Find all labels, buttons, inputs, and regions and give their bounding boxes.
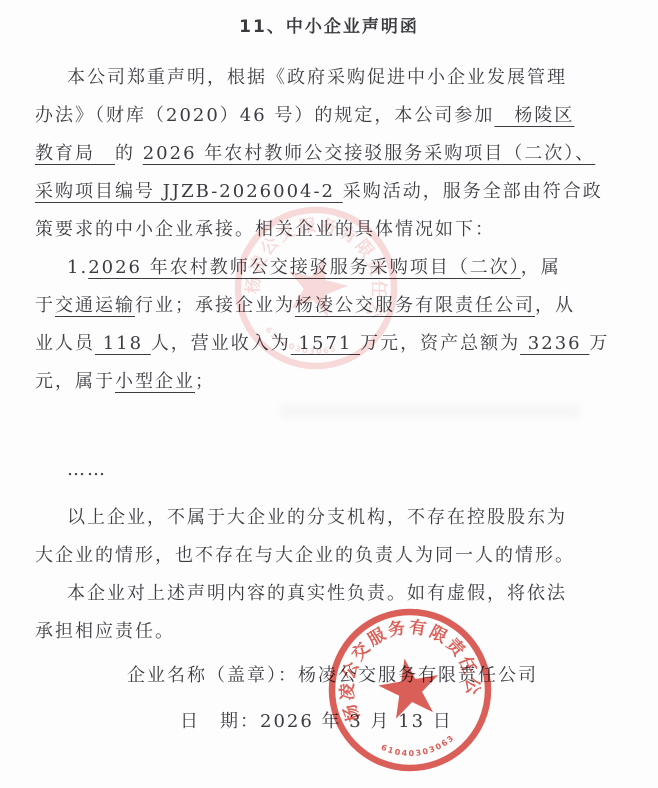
text-segment: 1. (67, 257, 88, 278)
underlined-text: 杨陵区 (494, 105, 574, 126)
text-segment: 万元，资产总额为 (360, 333, 520, 354)
underlined-text: 杨凌公交服务有限责任公司 (295, 295, 535, 316)
underlined-text: 教育局 (35, 143, 115, 164)
text-segment: 本公司郑重声明，根据《政府采购促进中小企业发展管理 (67, 67, 567, 88)
text-line-p2l2: 于交通运输行业；承接企业为杨凌公交服务有限责任公司，从 (35, 287, 625, 325)
text-segment: 本企业对上述声明内容的真实性负责。如有虚假，将依法 (67, 583, 567, 604)
text-line-p1l5: 策要求的中小企业承接。相关企业的具体情况如下： (35, 211, 625, 249)
text-segment: 企业名称（盖章）：杨凌公交服务有限责任公司 (127, 665, 538, 686)
text-segment: 采购活动，服务全部由符合政 (343, 181, 603, 202)
text-segment: 大企业的情形，也不存在与大企业的负责人为同一人的情形。 (35, 545, 575, 566)
text-line-date: 日 期：2026 年 3 月 13 日 (35, 703, 625, 741)
underlined-text: 采购项目编号 JJZB-2026004-2 (35, 181, 343, 202)
text-line-p2l3: 业人员 118 人，营业收入为 1571 万元，资产总额为 3236 万 (35, 325, 625, 363)
underlined-text: 2026 年农村教师公交接驳服务采购项目（二次） (88, 257, 521, 278)
text-segment: 业人员 (35, 333, 95, 354)
underlined-text: 小型企业 (115, 371, 195, 392)
underlined-text: 2026 年农村教师公交接驳服务采购项目（二次）、 (143, 143, 596, 164)
text-line-p1l1: 本公司郑重声明，根据《政府采购促进中小企业发展管理 (35, 59, 625, 97)
text-segment: 人，营业收入为 (151, 333, 291, 354)
text-line-signature: 企业名称（盖章）：杨凌公交服务有限责任公司 (35, 657, 625, 695)
underlined-text: 3236 (520, 333, 589, 354)
text-line-p3l2: 大企业的情形，也不存在与大企业的负责人为同一人的情形。 (35, 537, 625, 575)
text-segment: 于 (35, 295, 55, 316)
document-page: 11、中小企业声明函 本公司郑重声明，根据《政府采购促进中小企业发展管理办法》（… (0, 0, 658, 788)
text-segment: 万 (589, 333, 609, 354)
underlined-text: 交通运输 (55, 295, 135, 316)
text-line-p4l2: 承担相应责任。 (35, 613, 625, 651)
text-segment: 策要求的中小企业承接。相关企业的具体情况如下： (35, 219, 495, 240)
text-segment: ，属 (521, 257, 561, 278)
text-segment: 以上企业，不属于大企业的分支机构，不存在控股股东为 (67, 507, 567, 528)
text-line-ellipsis: …… (35, 451, 625, 489)
text-segment: ，从 (535, 295, 575, 316)
text-segment: ； (195, 371, 215, 392)
document-title: 11、中小企业声明函 (0, 12, 658, 37)
text-segment: 办法》（财库（2020）46 号）的规定，本公司参加 (35, 105, 494, 126)
text-segment: 的 (115, 143, 143, 164)
text-segment: 行业；承接企业为 (135, 295, 295, 316)
text-line-p2l1: 1.2026 年农村教师公交接驳服务采购项目（二次），属 (35, 249, 625, 287)
text-line-p3l1: 以上企业，不属于大企业的分支机构，不存在控股股东为 (35, 499, 625, 537)
scan-bleed-artifact (280, 403, 580, 419)
text-line-p1l4: 采购项目编号 JJZB-2026004-2 采购活动，服务全部由符合政 (35, 173, 625, 211)
text-segment: 承担相应责任。 (35, 621, 175, 642)
underlined-text: 1571 (291, 333, 360, 354)
underlined-text: 118 (95, 333, 151, 354)
text-line-p1l2: 办法》（财库（2020）46 号）的规定，本公司参加 杨陵区 (35, 97, 625, 135)
text-line-p1l3: 教育局 的 2026 年农村教师公交接驳服务采购项目（二次）、 (35, 135, 625, 173)
text-line-p2l4: 元，属于小型企业； (35, 363, 625, 401)
text-segment: …… (67, 459, 107, 480)
text-segment: 元，属于 (35, 371, 115, 392)
document-body: 本公司郑重声明，根据《政府采购促进中小企业发展管理办法》（财库（2020）46 … (35, 59, 625, 741)
text-line-p4l1: 本企业对上述声明内容的真实性负责。如有虚假，将依法 (35, 575, 625, 613)
text-segment: 日 期：2026 年 3 月 13 日 (180, 711, 453, 732)
